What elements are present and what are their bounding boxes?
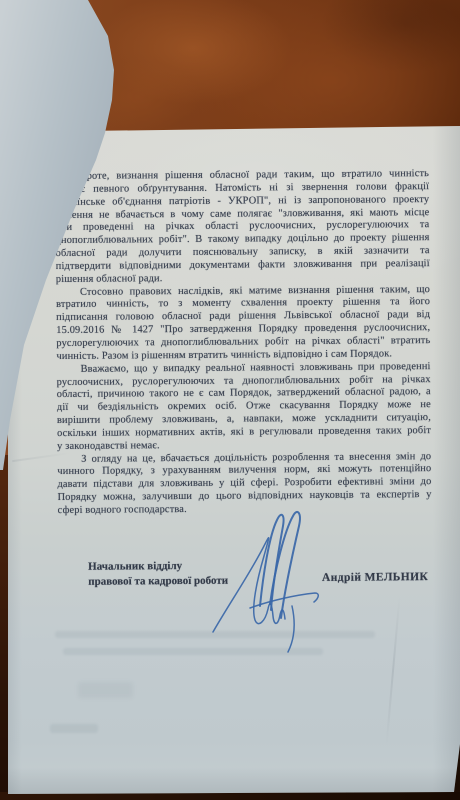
document-page: Проте, визнання рішення обласної ради та… (8, 126, 460, 794)
show-through-smudge (50, 724, 98, 733)
paragraph: Вважаємо, що у випадку реальної наявност… (57, 361, 432, 454)
paragraph: Проте, визнання рішення обласної ради та… (55, 168, 430, 287)
paragraph: Стосовно правових наслідків, які матиме … (56, 284, 431, 364)
photo-of-document: Проте, визнання рішення обласної ради та… (0, 0, 460, 800)
show-through-smudge (78, 682, 133, 698)
paper-crease (385, 596, 400, 746)
handwritten-signature (205, 484, 350, 656)
